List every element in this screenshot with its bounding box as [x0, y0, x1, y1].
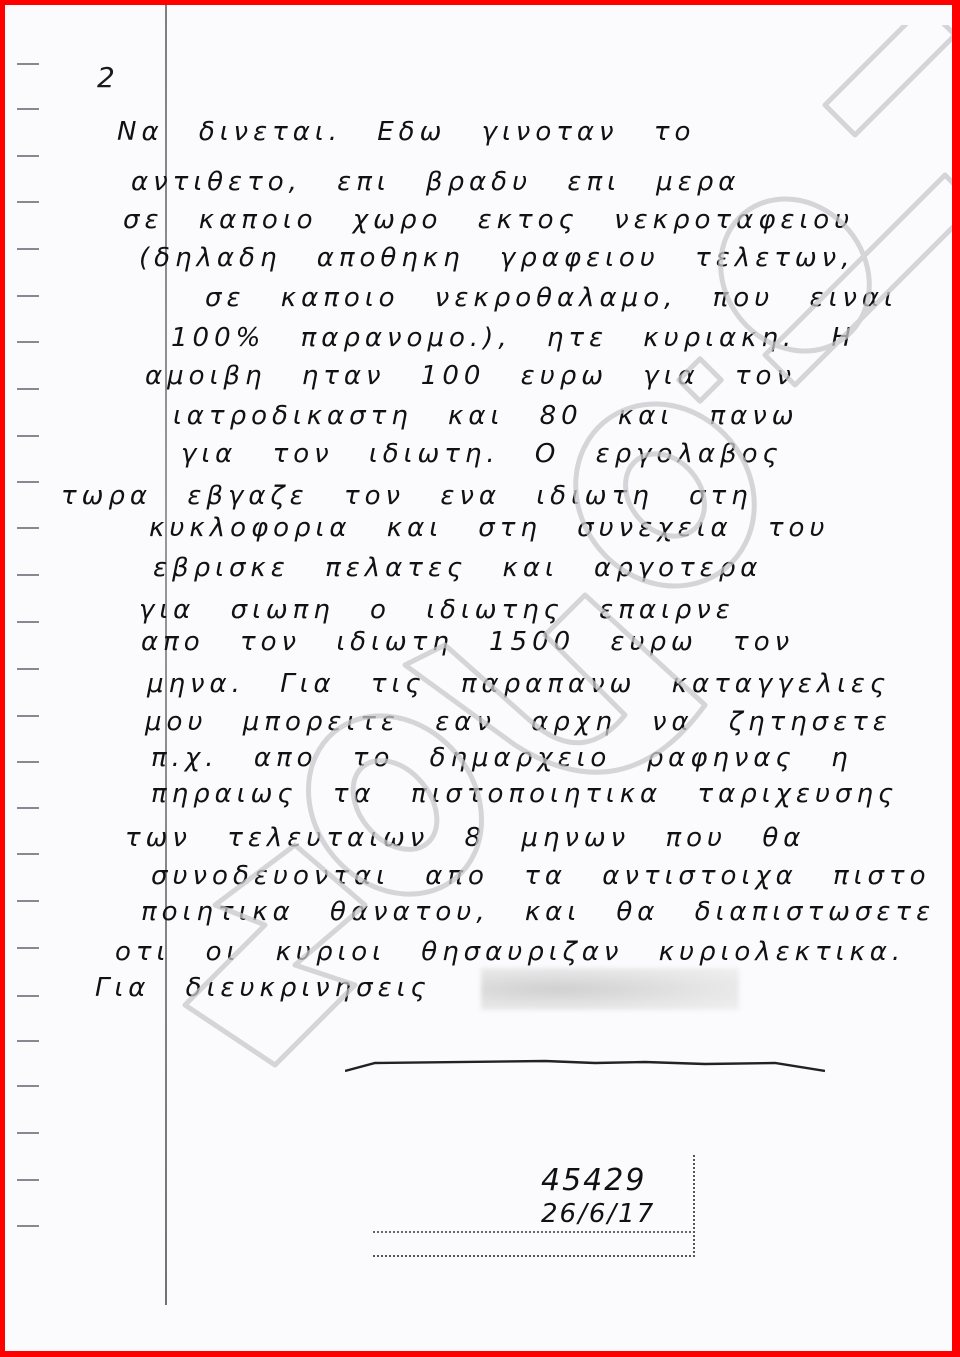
handwritten-line: μηνα. Για τις παραπανω καταγγελιες — [147, 669, 890, 699]
handwritten-line: των τελευταιων 8 μηνων που θα — [125, 823, 805, 853]
handwritten-line: πηραιως τα πιστοποιητικα ταριχευσης — [151, 779, 898, 809]
handwritten-line: αντιθετο, επι βραδυ επι μερα — [131, 167, 740, 197]
signature-line — [345, 1055, 825, 1075]
handwritten-line: Να δινεται. Εδω γινοταν το — [117, 117, 695, 147]
handwritten-line: για τον ιδιωτη. Ο εργολαβος — [181, 439, 783, 469]
redaction-blur — [481, 968, 739, 1010]
handwritten-line: για σιωπη ο ιδιωτης επαιρνε — [139, 595, 735, 625]
handwritten-line: π.χ. απο το δημαρχειο ραφηνας η — [151, 743, 853, 773]
handwritten-line: συνοδευονται απο τα αντιστοιχα πιστο — [151, 861, 931, 891]
registry-stamp: 45429 26/6/17 — [373, 1155, 695, 1257]
handwritten-line: μου μπορειτε εαν αρχη να ζητησετε — [145, 707, 892, 737]
handwritten-line: οτι οι κυριοι θησαυριζαν κυριολεκτικα. — [115, 937, 905, 967]
handwritten-line: τωρα εβγαζε τον ενα ιδιωτη στη — [61, 481, 753, 511]
handwritten-line: Για διευκρινησεις — [95, 973, 431, 1003]
stamp-dotted-rule — [373, 1231, 691, 1233]
handwritten-line: 100% παρανομο.), ητε κυριακη. Η — [171, 323, 856, 353]
stamp-protocol-number: 45429 — [541, 1163, 646, 1198]
handwritten-line: ιατροδικαστη και 80 και πανω — [173, 401, 799, 431]
handwritten-line: αμοιβη ηταν 100 ευρω για τον — [145, 361, 796, 391]
handwritten-line: απο τον ιδιωτη 1500 ευρω τον — [141, 627, 794, 657]
handwritten-line: ποιητικα θανατου, και θα διαπιστωσετε — [141, 897, 935, 927]
document-page: 2 Να δινεται. Εδω γινοταν τοαντιθετο, επ… — [5, 5, 955, 1351]
stamp-date: 26/6/17 — [541, 1199, 655, 1229]
handwritten-line: σε καποιο νεκροθαλαμο, που ειναι — [205, 283, 898, 313]
handwritten-line: σε καποιο χωρο εκτος νεκροταφειου — [123, 205, 854, 235]
handwritten-line: κυκλοφορια και στη συνεχεια του — [149, 513, 830, 543]
handwritten-line: εβρισκε πελατες και αργοτερα — [153, 553, 762, 583]
handwritten-body: Να δινεται. Εδω γινοταν τοαντιθετο, επι … — [5, 5, 955, 1351]
handwritten-line: (δηλαδη αποθηκη γραφειου τελετων, — [139, 243, 854, 273]
